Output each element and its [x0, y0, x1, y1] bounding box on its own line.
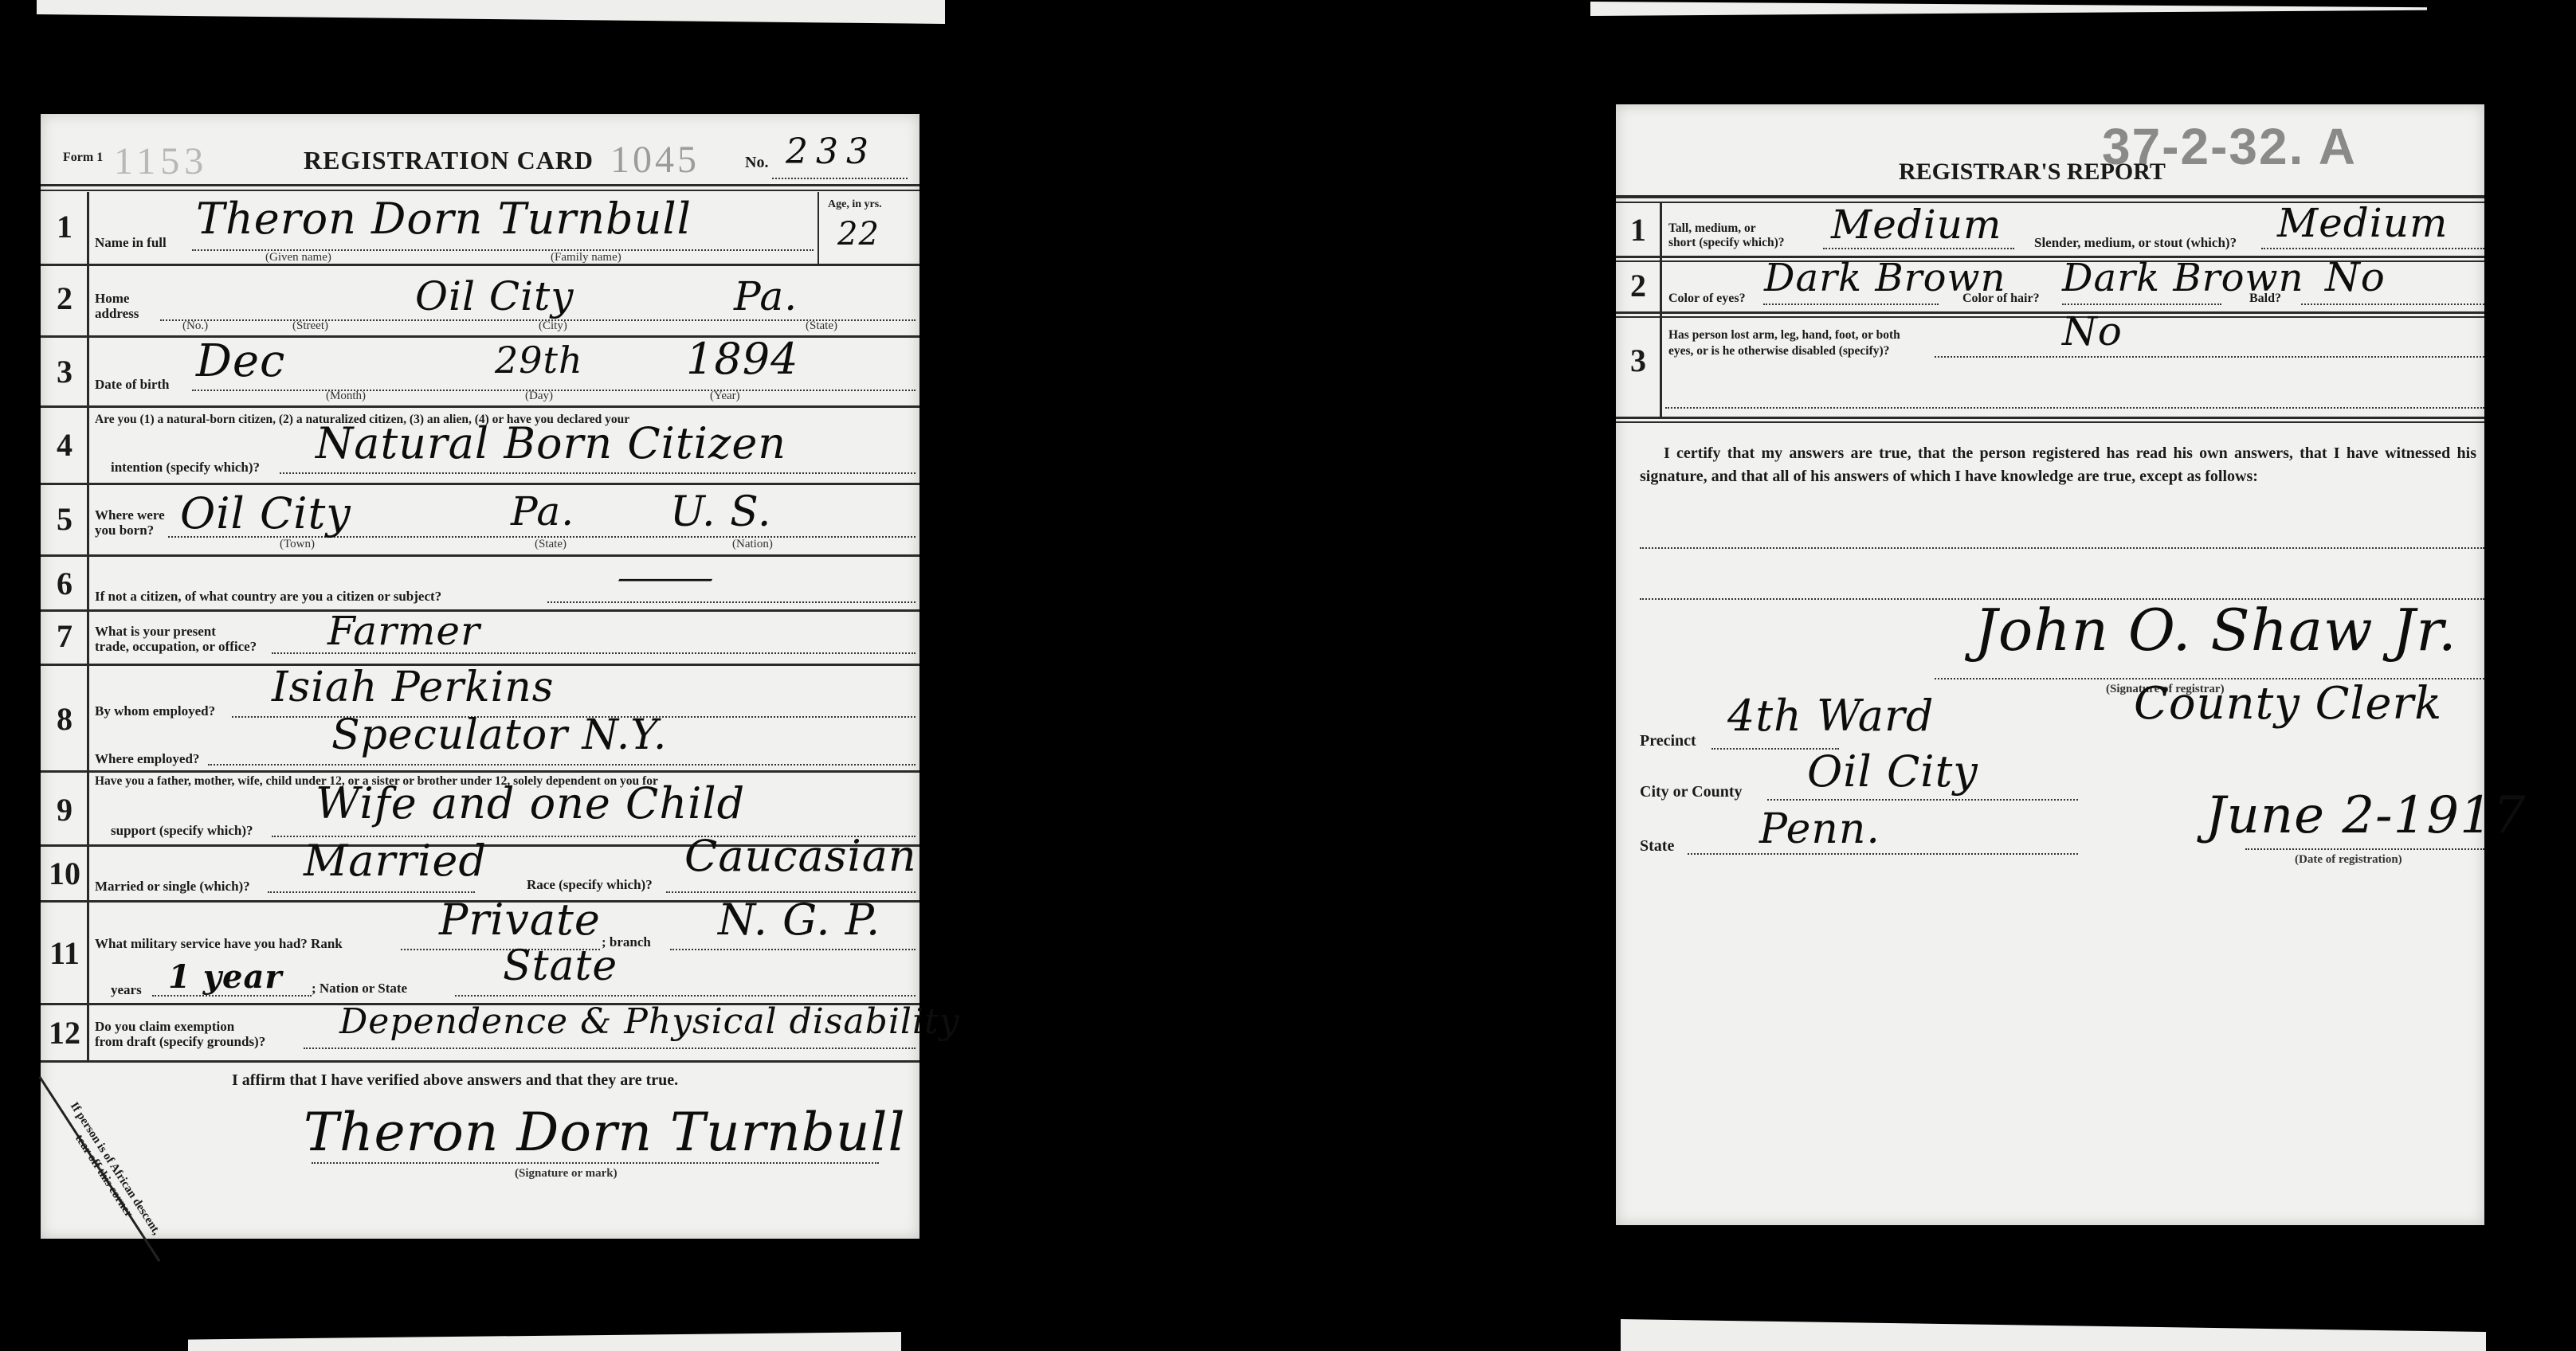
row-number: 1: [44, 208, 85, 245]
card-number-value: 233: [786, 131, 876, 172]
citizenship-label-2: intention (specify which)?: [111, 460, 260, 475]
row-rule: [41, 264, 919, 266]
form-label: Form 1: [63, 151, 103, 165]
bald-value: No: [2325, 254, 2386, 300]
given-name-sublabel: (Given name): [265, 251, 331, 264]
exemption-label-2: from draft (specify grounds)?: [95, 1034, 265, 1049]
row-number: 5: [44, 500, 85, 538]
eye-color-label: Color of eyes?: [1668, 291, 1746, 306]
year-sublabel: (Year): [710, 390, 740, 403]
precinct-value: 4th Ward: [1727, 691, 1934, 741]
city-county-value: Oil City: [1807, 746, 1978, 797]
header-rule: [1616, 195, 2484, 198]
certify-text: I certify that my answers are true, that…: [1640, 442, 2476, 488]
next-card-right-strip: [1621, 1319, 2486, 1351]
occupation-value: Farmer: [327, 608, 480, 654]
row-rule: [41, 1060, 919, 1063]
age-column-divider: [817, 192, 819, 264]
exemption-line: [304, 1048, 916, 1049]
city-county-label: City or County: [1640, 785, 1743, 800]
precinct-label: Precinct: [1640, 734, 1696, 749]
marital-status-label: Married or single (which)?: [95, 879, 250, 894]
birthplace-label-2: you born?: [95, 523, 154, 538]
row-number: 8: [44, 700, 85, 738]
employer-value: Isiah Perkins: [272, 664, 554, 711]
dob-line: [192, 390, 916, 391]
employer-label: By whom employed?: [95, 703, 215, 719]
header-rule: [41, 184, 919, 186]
previous-card-right-strip: [1590, 2, 2427, 16]
street-sublabel: (Street): [292, 319, 328, 333]
header-rule-2: [41, 190, 919, 191]
month-sublabel: (Month): [326, 390, 366, 403]
citizenship-value: Natural Born Citizen: [316, 418, 786, 468]
dob-month-value: Dec: [196, 335, 285, 387]
state-sublabel: (State): [535, 538, 567, 551]
row-number: 12: [44, 1014, 85, 1051]
previous-card-left-strip: [37, 0, 945, 24]
dob-label: Date of birth: [95, 377, 169, 392]
military-service-label: What military service have you had? Rank: [95, 936, 343, 951]
citizenship-line: [280, 472, 916, 474]
day-sublabel: (Day): [525, 390, 553, 403]
occupation-label-1: What is your present: [95, 624, 216, 639]
nation-state-value: State: [503, 942, 618, 990]
registrars-report: 37-2-32. A REGISTRAR'S REPORT 1 Tall, me…: [1616, 104, 2484, 1225]
affirm-text: I affirm that I have verified above answ…: [232, 1071, 678, 1090]
row-rule: [41, 770, 919, 773]
faint-stamp-right: 1045: [610, 138, 700, 182]
row-rule: [41, 554, 919, 557]
age-label: Age, in yrs.: [828, 197, 882, 212]
hair-color-label: Color of hair?: [1962, 291, 2040, 306]
bald-line: [2301, 303, 2484, 305]
marital-status-value: Married: [304, 836, 487, 886]
dependents-label-2: support (specify which)?: [111, 823, 253, 838]
next-card-left-strip: [188, 1332, 901, 1351]
foreign-citizen-line: [547, 601, 916, 603]
nation-state-label: ; Nation or State: [312, 981, 407, 996]
branch-value: N. G. P.: [718, 895, 880, 945]
home-address-label-1: Home: [95, 291, 129, 306]
disability-value: No: [2062, 308, 2123, 354]
occupation-label-2: trade, occupation, or office?: [95, 639, 257, 654]
registrant-signature: Theron Dorn Turnbull: [304, 1102, 906, 1163]
eye-color-line: [1763, 303, 1939, 305]
town-sublabel: (Town): [280, 538, 315, 551]
number-dotted-line: [772, 178, 908, 179]
disability-line: [1935, 356, 2484, 358]
birth-town-value: Oil City: [180, 488, 351, 538]
registration-date-label: (Date of registration): [2295, 853, 2402, 867]
row-number: 9: [44, 791, 85, 828]
dob-year-value: 1894: [686, 334, 798, 384]
row-number: 7: [44, 617, 85, 655]
row-number: 1: [1617, 211, 1659, 249]
birth-nation-value: U. S.: [670, 488, 771, 536]
disability-line-2: [1665, 407, 2484, 409]
height-label-1: Tall, medium, or: [1668, 221, 1756, 236]
registration-date-line: [2245, 848, 2484, 850]
row-rule: [41, 405, 919, 408]
exemption-label-1: Do you claim exemption: [95, 1019, 234, 1034]
state-line: [1688, 853, 2078, 855]
height-label-2: short (specify which)?: [1668, 235, 1785, 250]
card-title: REGISTRATION CARD: [304, 146, 594, 175]
address-line: [160, 319, 916, 321]
build-label: Slender, medium, or stout (which)?: [2034, 235, 2237, 250]
registrar-signature: John O. Shaw Jr.: [1974, 597, 2457, 664]
row-number: 4: [44, 426, 85, 464]
signature-label: (Signature or mark): [515, 1167, 618, 1181]
employment-place-label: Where employed?: [95, 751, 199, 766]
employment-place-line: [208, 764, 916, 766]
row-rule: [1616, 417, 2484, 419]
city-county-line: [1767, 799, 2078, 801]
city-sublabel: (City): [539, 319, 567, 333]
height-value: Medium: [1831, 202, 2002, 248]
state-value: Penn.: [1759, 805, 1880, 853]
row-number: 3: [1617, 342, 1659, 379]
registrar-title: County Clerk: [2134, 678, 2442, 730]
name-label: Name in full: [95, 235, 167, 250]
foreign-citizen-label: If not a citizen, of what country are yo…: [95, 589, 441, 604]
height-line: [1823, 248, 2014, 249]
report-title: REGISTRAR'S REPORT: [1899, 159, 2166, 186]
no-sublabel: (No.): [182, 319, 208, 333]
number-column-divider: [87, 192, 89, 1060]
years-value: 1 year: [168, 958, 282, 996]
home-address-label-2: address: [95, 306, 139, 321]
signature-line: [312, 1162, 879, 1164]
nation-state-line: [455, 995, 916, 997]
row-rule: [1616, 311, 2484, 314]
home-city-value: Oil City: [415, 273, 574, 319]
row-rule: [1616, 421, 2484, 423]
race-label: Race (specify which)?: [527, 877, 653, 892]
age-value: 22: [837, 216, 880, 253]
nation-sublabel: (Nation): [732, 538, 773, 551]
exception-line-1: [1640, 547, 2484, 549]
row-number: 10: [44, 855, 85, 892]
birth-state-value: Pa.: [511, 488, 574, 535]
row-rule: [41, 483, 919, 485]
name-value: Theron Dorn Turnbull: [196, 194, 692, 244]
rank-value: Private: [439, 895, 601, 945]
bald-label: Bald?: [2249, 291, 2281, 306]
row-number: 2: [44, 280, 85, 317]
registration-date-value: June 2-1917: [2205, 786, 2527, 845]
home-state-value: Pa.: [734, 273, 798, 319]
marital-status-line: [268, 891, 475, 893]
state-sublabel: (State): [806, 319, 837, 333]
years-label: years: [111, 982, 142, 997]
disability-label-2: eyes, or is he otherwise disabled (speci…: [1668, 343, 1889, 358]
foreign-citizen-value: —: [614, 560, 719, 597]
number-label: No.: [745, 154, 768, 172]
row-number: 2: [1617, 267, 1659, 304]
corner-note: If person is of African descent, tear of…: [54, 1098, 163, 1247]
row-number: 6: [44, 565, 85, 602]
hair-color-line: [2062, 303, 2221, 305]
row-rule: [1616, 316, 2484, 318]
row-number: 11: [44, 934, 85, 972]
row-number: 3: [44, 353, 85, 390]
registration-card: Form 1 1153 REGISTRATION CARD 1045 No. 2…: [41, 114, 919, 1239]
birthplace-label-1: Where were: [95, 507, 165, 523]
branch-line: [670, 949, 916, 950]
employment-place-value: Speculator N.Y.: [331, 711, 667, 759]
build-line: [2261, 248, 2484, 249]
disability-label-1: Has person lost arm, leg, hand, foot, or…: [1668, 327, 1900, 343]
faint-stamp-left: 1153: [114, 139, 208, 183]
race-line: [666, 891, 916, 893]
family-name-sublabel: (Family name): [551, 251, 621, 264]
dob-day-value: 29th: [495, 339, 583, 382]
build-value: Medium: [2277, 200, 2448, 246]
number-column-divider: [1660, 203, 1662, 417]
race-value: Caucasian: [684, 831, 917, 881]
exemption-value: Dependence & Physical disability: [339, 1001, 960, 1042]
dependents-value: Wife and one Child: [316, 778, 745, 828]
state-label: State: [1640, 839, 1674, 854]
